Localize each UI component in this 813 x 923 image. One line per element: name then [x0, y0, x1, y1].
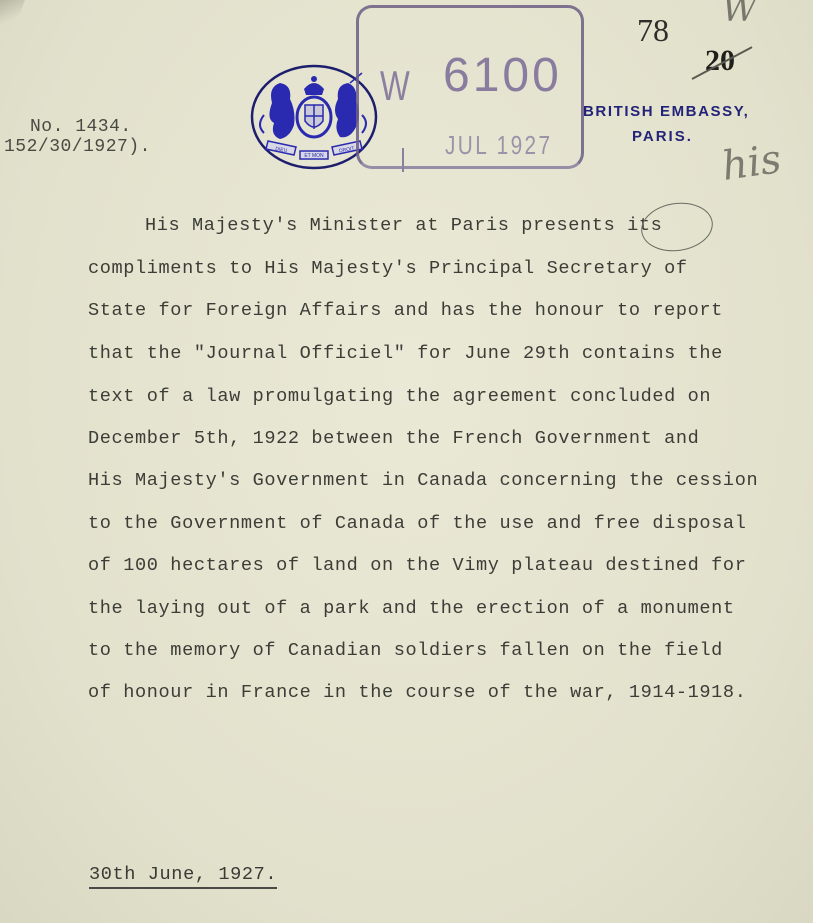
body-line: that the "Journal Officiel" for June 29t…: [88, 343, 723, 364]
registry-stamp-number: 6100: [443, 48, 562, 103]
document-page: No. 1434. 152/30/1927). DIEU DROIT ET MO…: [0, 0, 813, 923]
letterhead-embassy: BRITISH EMBASSY,: [583, 103, 749, 120]
pencil-annotation-top: W: [722, 0, 757, 30]
folio-number: 78: [637, 12, 669, 49]
registry-stamp-mark: [402, 148, 404, 172]
body-line: State for Foreign Affairs and has the ho…: [88, 300, 723, 321]
body-line: His Majesty's Minister at Paris presents…: [145, 215, 662, 236]
svg-text:DROIT: DROIT: [339, 146, 355, 155]
letter-date: 30th June, 1927.: [89, 864, 277, 889]
body-line: of 100 hectares of land on the Vimy plat…: [88, 555, 746, 576]
svg-text:DIEU: DIEU: [275, 146, 288, 154]
folio-number-struck: 20: [705, 44, 735, 78]
body-line: compliments to His Majesty's Principal S…: [88, 258, 688, 279]
pencil-circle-mark: [638, 198, 716, 256]
page-corner-shadow: [0, 0, 29, 45]
body-line: to the memory of Canadian soldiers falle…: [88, 640, 723, 661]
body-line: to the Government of Canada of the use a…: [88, 513, 746, 534]
registry-stamp-letter: W: [380, 62, 410, 110]
registry-stamp-date: JUL 1927: [445, 130, 552, 161]
file-reference: 152/30/1927).: [4, 136, 151, 158]
body-line: of honour in France in the course of the…: [88, 682, 746, 703]
pencil-annotation-side: his: [719, 136, 784, 190]
body-line: December 5th, 1922 between the French Go…: [88, 428, 699, 449]
reference-number: No. 1434.: [30, 116, 132, 138]
body-line: text of a law promulgating the agreement…: [88, 386, 711, 407]
body-line: His Majesty's Government in Canada conce…: [88, 470, 758, 491]
body-line: the laying out of a park and the erectio…: [88, 598, 735, 619]
svg-text:ET MON: ET MON: [304, 153, 324, 159]
letterhead-city: PARIS.: [632, 128, 693, 145]
